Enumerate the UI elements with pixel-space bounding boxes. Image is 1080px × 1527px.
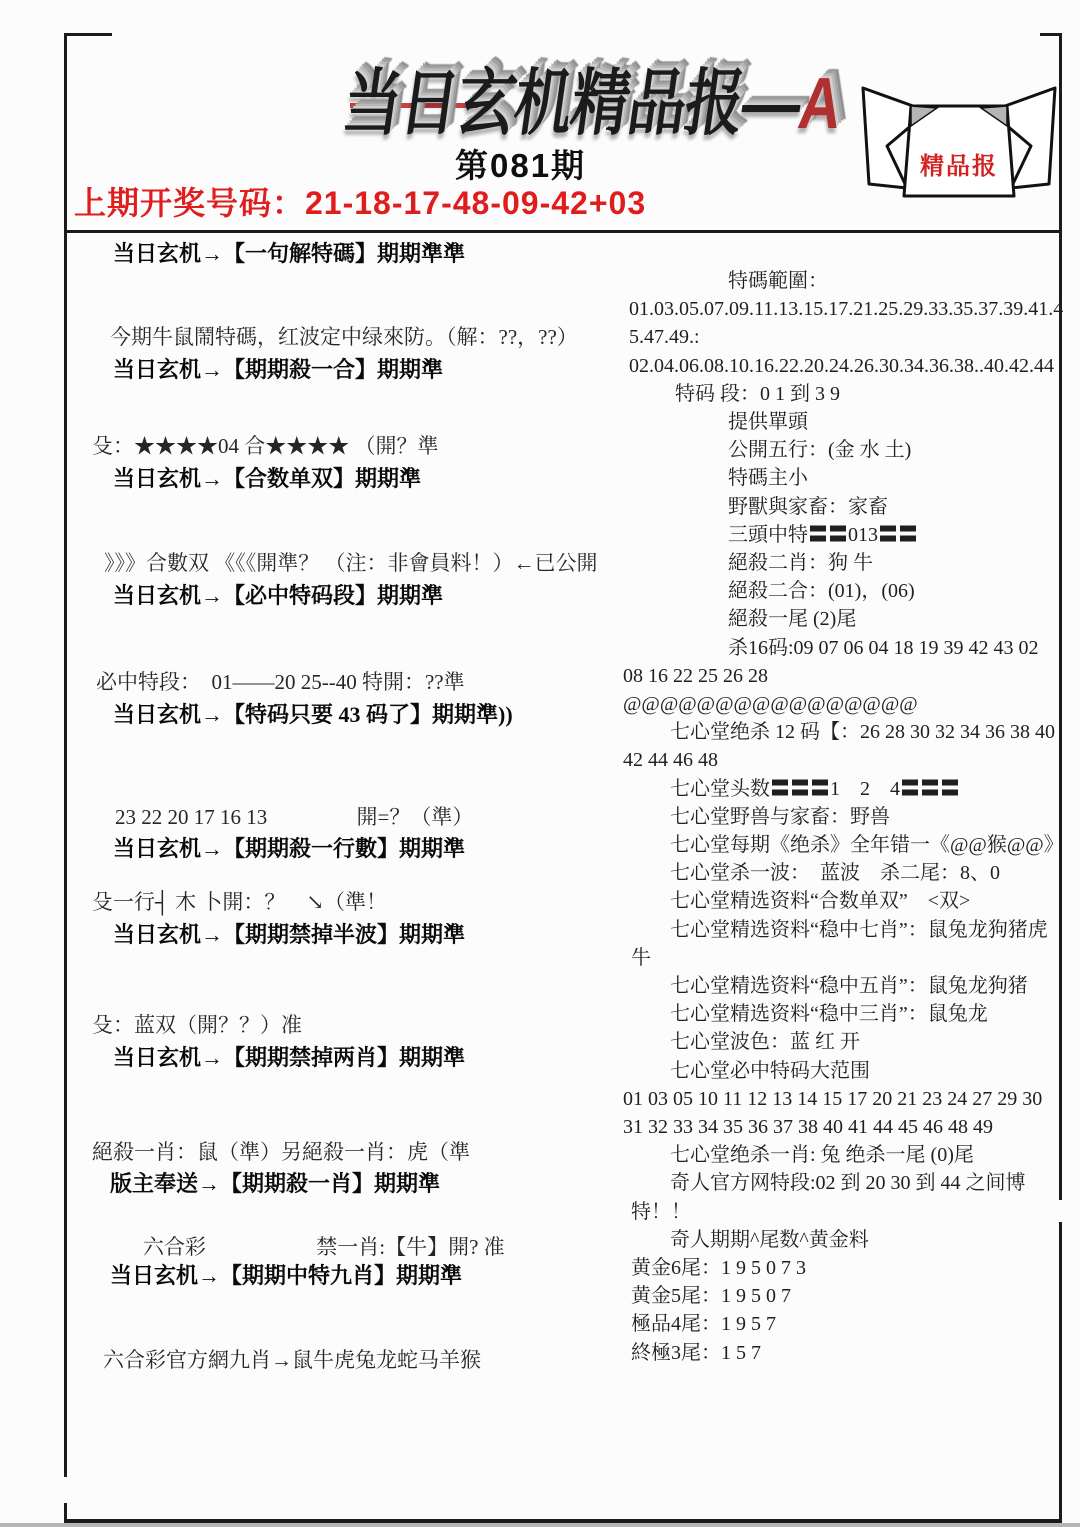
scan-edge bbox=[0, 1523, 1080, 1527]
right-line: 杀16码:09 07 06 04 18 19 39 42 43 02 bbox=[728, 637, 1039, 660]
right-line: 野獸與家畜：家畜 bbox=[728, 496, 888, 519]
left-footer-line: 当日玄机→【期期禁掉两肖】期期準 bbox=[113, 1045, 465, 1070]
right-line: 七心堂精选资料“稳中三肖”：鼠兔龙 bbox=[670, 1003, 988, 1026]
right-line: 七心堂精选资料“稳中五肖”：鼠兔龙狗猪 bbox=[670, 975, 1028, 998]
right-line: 08 16 22 25 26 28 bbox=[623, 665, 768, 688]
right-line: 奇人官方网特段:02 到 20 30 到 44 之间博 bbox=[670, 1172, 1026, 1195]
right-line: 極品4尾：1 9 5 7 bbox=[631, 1313, 776, 1336]
right-line: 42 44 46 48 bbox=[623, 749, 718, 772]
right-line: 黄金6尾：1 9 5 0 7 3 bbox=[631, 1257, 806, 1280]
left-content-line: 必中特段： 01——20 25--40 特開：??準 bbox=[96, 670, 465, 694]
left-footer-line: 版主奉送→【期期殺一肖】期期準 bbox=[110, 1171, 440, 1196]
left-content-line: 絕殺一肖：鼠（準）另絕殺一肖：虎（準 bbox=[92, 1140, 470, 1164]
border-top-right-tick bbox=[1040, 33, 1062, 36]
left-footer-line: 当日玄机→【必中特码段】期期準 bbox=[113, 583, 443, 608]
right-line: 公開五行：(金 水 土) bbox=[728, 439, 911, 462]
issue-number: 第081期 bbox=[455, 149, 586, 182]
right-line: 七心堂杀一波： 蓝波 杀二尾：8、0 bbox=[670, 862, 1000, 885]
header-divider bbox=[64, 230, 1062, 233]
right-line: @@@@@@@@@@@@@@@@ bbox=[623, 693, 918, 716]
left-content-line: 六合彩 禁一肖:【牛】開? 准 bbox=[143, 1235, 505, 1259]
border-right-lower bbox=[1059, 1222, 1062, 1522]
border-left bbox=[64, 33, 67, 1477]
right-line: 01 03 05 10 11 12 13 14 15 17 20 21 23 2… bbox=[623, 1088, 1042, 1111]
right-line: 特！！ bbox=[631, 1201, 691, 1224]
ribbon-label: 精品报 bbox=[920, 152, 998, 180]
right-line: 牛 bbox=[631, 947, 651, 970]
border-top-left-tick bbox=[64, 33, 112, 36]
right-line: 七心堂精选资料“稳中七肖”：鼠兔龙狗猪虎 bbox=[670, 919, 1048, 942]
left-footer-line: 当日玄机→【合数单双】期期準 bbox=[113, 466, 421, 491]
left-content-line: 23 22 20 17 16 13 開=？（準） bbox=[115, 805, 473, 829]
right-line: 七心堂绝杀一肖: 兔 绝杀一尾 (0)尾 bbox=[670, 1144, 974, 1167]
right-line: 特碼範圍： bbox=[728, 270, 828, 293]
right-line: 七心堂野兽与家畜：野兽 bbox=[670, 806, 890, 829]
right-line: 七心堂精选资料“合数单双” <双> bbox=[670, 890, 970, 913]
right-line: 七心堂每期《绝杀》全年错一《@@猴@@》 bbox=[670, 834, 1064, 857]
left-footer-line: 当日玄机→【特码只要 43 码了】期期準)) bbox=[113, 702, 513, 727]
left-footer-line: 当日玄机→【期期禁掉半波】期期準 bbox=[113, 922, 465, 947]
right-line: 三頭中特〓〓013〓〓 bbox=[728, 524, 918, 547]
right-line: 七心堂头数〓〓〓1 2 4〓〓〓 bbox=[670, 778, 960, 801]
right-line: 終極3尾：1 5 7 bbox=[631, 1342, 761, 1365]
page: 当日玄机精品报—A 精品报 第081期 上期开奖号码：21-18-17-48-0… bbox=[0, 0, 1080, 1527]
left-footer-line: 当日玄机→【期期殺一行數】期期準 bbox=[113, 836, 465, 861]
right-line: 02.04.06.08.10.16.22.20.24.26.30.34.36.3… bbox=[629, 355, 1054, 378]
right-line: 01.03.05.07.09.11.13.15.17.21.25.29.33.3… bbox=[629, 298, 1063, 321]
right-line: 七心堂波色：蓝 红 开 bbox=[670, 1031, 860, 1054]
right-line: 黄金5尾：1 9 5 0 7 bbox=[631, 1285, 791, 1308]
masthead-title-main: 当日玄机精品报— bbox=[338, 63, 805, 144]
left-footer-line: 当日玄机→【一句解特碼】期期準準 bbox=[113, 241, 465, 266]
right-line: 奇人期期^尾数^黄金料 bbox=[670, 1229, 869, 1252]
right-line: 特码 段：0 1 到 3 9 bbox=[675, 383, 840, 406]
left-content-line: 殳：蓝双（開？？）准 bbox=[92, 1013, 302, 1037]
right-line: 七心堂绝杀 12 码【：26 28 30 32 34 36 38 40 bbox=[670, 721, 1055, 744]
left-content-line: 殳一行┤ 木 卜開：？ ↘（準！ bbox=[92, 890, 387, 914]
masthead-title: 当日玄机精品报—A bbox=[337, 44, 849, 149]
right-line: 提供單頭 bbox=[728, 411, 808, 434]
last-draw-numbers: 上期开奖号码：21-18-17-48-09-42+03 bbox=[74, 187, 646, 219]
left-footer-line: 当日玄机→【期期中特九肖】期期準 bbox=[110, 1263, 462, 1288]
right-line: 七心堂必中特码大范围 bbox=[670, 1060, 870, 1083]
left-footer-line: 当日玄机→【期期殺一合】期期準 bbox=[113, 357, 443, 382]
right-line: 絕殺二肖：狗 牛 bbox=[728, 552, 873, 575]
right-line: 31 32 33 34 35 36 37 38 40 41 44 45 46 4… bbox=[623, 1116, 993, 1139]
ribbon-graphic: 精品报 bbox=[853, 72, 1065, 214]
left-content-line: 六合彩官方網九肖→鼠牛虎兔龙蛇马羊猴 bbox=[103, 1348, 481, 1372]
right-line: 絕殺二合：(01)，(06) bbox=[728, 580, 915, 603]
right-line: 特碼主小 bbox=[728, 467, 808, 490]
left-content-line: 今期牛鼠鬧特碼，红波定中绿來防。（解：??，??） bbox=[110, 325, 578, 349]
left-content-line: 殳：★★★★04 合★★★★ （開？準 bbox=[92, 434, 439, 458]
left-content-line: 》》》合數双 《《《開準？ （注：非會員料！）←已公開 bbox=[104, 551, 598, 575]
right-line: 絕殺一尾 (2)尾 bbox=[728, 608, 856, 631]
right-line: 5.47.49.: bbox=[629, 326, 700, 349]
